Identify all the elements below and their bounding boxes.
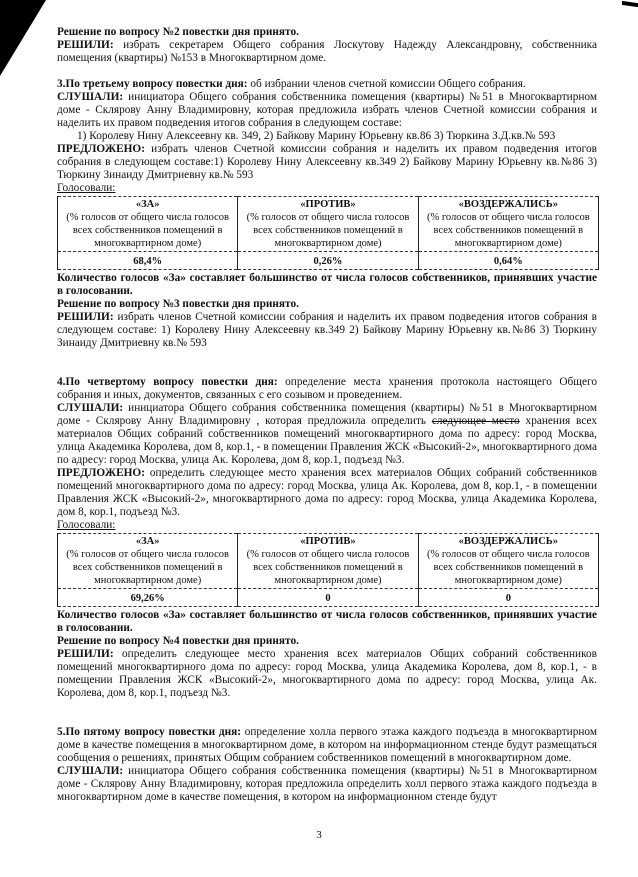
vote-desc: (% голосов от общего числа голосов всех … (242, 548, 413, 587)
q4-votes-table: «ЗА»(% голосов от общего числа голосов в… (57, 533, 599, 607)
vote-desc: (% голосов от общего числа голосов всех … (242, 211, 413, 250)
q5-heard-text: инициатора Общего собрания собственника … (57, 765, 597, 803)
vote-for-header: «ЗА»(% голосов от общего числа голосов в… (58, 534, 238, 589)
q3-decision: Решение по вопросу №3 повестки дня приня… (57, 298, 597, 311)
heard-label: СЛУШАЛИ: (57, 91, 123, 103)
q3-candidates: 1) Королеву Нину Алексеевну кв. 349, 2) … (57, 130, 597, 143)
vote-against-header: «ПРОТИВ»(% голосов от общего числа голос… (238, 534, 418, 589)
q3-heading: 3.По третьему вопросу повестки дня: об и… (57, 78, 597, 91)
resolved-label: РЕШИЛИ: (57, 39, 114, 51)
q3-heading-label: 3.По третьему вопросу повестки дня: (57, 78, 248, 90)
proposed-label: ПРЕДЛОЖЕНО: (57, 467, 145, 479)
q3-heard: СЛУШАЛИ: инициатора Общего собрания собс… (57, 91, 597, 130)
q3-heard-text: инициатора Общего собрания собственника … (57, 91, 597, 129)
vote-against-value: 0 (238, 589, 418, 607)
q4-resolved: РЕШИЛИ: определить следующее место хране… (57, 648, 597, 700)
vote-for-value: 69,26% (58, 589, 238, 607)
vote-against-header: «ПРОТИВ»(% голосов от общего числа голос… (238, 197, 418, 252)
scan-corner-artifact (0, 0, 46, 76)
q4-resolved-text: определить следующее место хранения всех… (57, 648, 597, 699)
q2-resolved: РЕШИЛИ: избрать секретарем Общего собран… (57, 39, 597, 65)
q5-heading: 5.По пятому вопросу повестки дня: опреде… (57, 726, 597, 765)
vote-for-header: «ЗА»(% голосов от общего числа голосов в… (58, 197, 238, 252)
proposed-label: ПРЕДЛОЖЕНО: (57, 143, 145, 155)
q2-decision: Решение по вопросу №2 повестки дня приня… (57, 26, 597, 39)
vote-title: «ПРОТИВ» (242, 198, 413, 211)
q3-resolved-text: избрать членов Счетной комиссии собрания… (57, 311, 597, 349)
page-number: 3 (0, 829, 638, 842)
vote-desc: (% голосов от общего числа голосов всех … (423, 548, 594, 587)
q2-resolved-text: избрать секретарем Общего собрания Лоску… (57, 39, 597, 64)
heard-label: СЛУШАЛИ: (57, 402, 123, 414)
vote-abstain-value: 0 (418, 589, 598, 607)
vote-title: «ВОЗДЕРЖАЛИСЬ» (423, 198, 594, 211)
vote-title: «ЗА» (62, 198, 233, 211)
q4-heading: 4.По четвертому вопросу повестки дня: оп… (57, 376, 597, 402)
vote-desc: (% голосов от общего числа голосов всех … (62, 548, 233, 587)
vote-against-value: 0,26% (238, 252, 418, 270)
document-page: Решение по вопросу №2 повестки дня приня… (57, 26, 597, 804)
q4-heard: СЛУШАЛИ: инициатора Общего собрания собс… (57, 402, 597, 467)
q4-heading-label: 4.По четвертому вопросу повестки дня: (57, 376, 278, 388)
voted-label: Голосовали: (57, 182, 597, 195)
resolved-label: РЕШИЛИ: (57, 648, 114, 660)
q4-decision: Решение по вопросу №4 повестки дня приня… (57, 635, 597, 648)
voted-label: Голосовали: (57, 519, 597, 532)
q3-topic: об избрании членов счетной комиссии Обще… (250, 78, 525, 90)
heard-label: СЛУШАЛИ: (57, 765, 123, 777)
q4-proposed: ПРЕДЛОЖЕНО: определить следующее место х… (57, 467, 597, 519)
q3-majority: Количество голосов «За» составляет больш… (57, 272, 597, 298)
vote-title: «ЗА» (62, 535, 233, 548)
q5-heading-label: 5.По пятому вопросу повестки дня: (57, 726, 241, 738)
vote-abstain-header: «ВОЗДЕРЖАЛИСЬ»(% голосов от общего числа… (418, 534, 598, 589)
vote-desc: (% голосов от общего числа голосов всех … (423, 211, 594, 250)
resolved-label: РЕШИЛИ: (57, 311, 114, 323)
q4-majority: Количество голосов «За» составляет больш… (57, 609, 597, 635)
struck-text: следующее место (432, 415, 520, 427)
vote-abstain-value: 0,64% (418, 252, 598, 270)
vote-title: «ВОЗДЕРЖАЛИСЬ» (423, 535, 594, 548)
vote-desc: (% голосов от общего числа голосов всех … (62, 211, 233, 250)
q3-proposed: ПРЕДЛОЖЕНО: избрать членов Счетной комис… (57, 143, 597, 182)
vote-abstain-header: «ВОЗДЕРЖАЛИСЬ»(% голосов от общего числа… (418, 197, 598, 252)
vote-for-value: 68,4% (58, 252, 238, 270)
q3-resolved: РЕШИЛИ: избрать членов Счетной комиссии … (57, 311, 597, 350)
q5-heard: СЛУШАЛИ: инициатора Общего собрания собс… (57, 765, 597, 804)
scan-edge-artifact (622, 1, 638, 7)
q3-votes-table: «ЗА»(% голосов от общего числа голосов в… (57, 196, 599, 270)
vote-title: «ПРОТИВ» (242, 535, 413, 548)
